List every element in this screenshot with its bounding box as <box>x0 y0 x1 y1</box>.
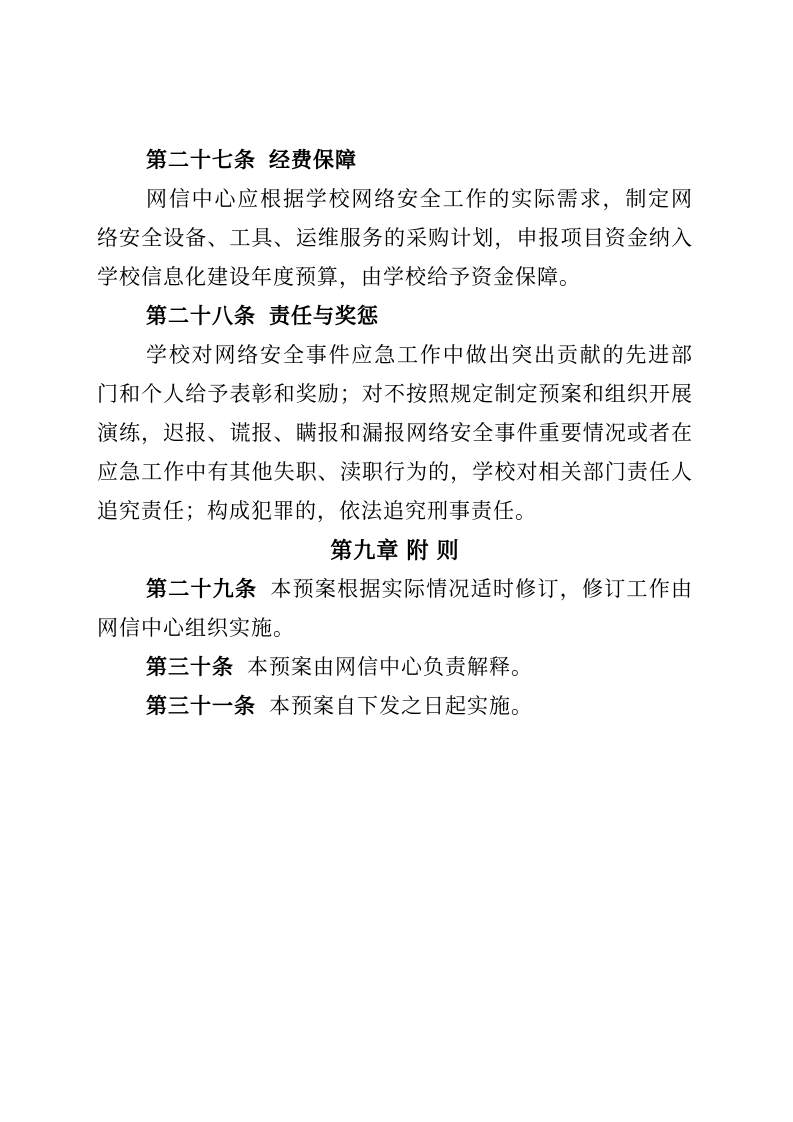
article-29-paragraph: 第二十九条本预案根据实际情况适时修订，修订工作由网信中心组织实施。 <box>97 570 693 648</box>
article-27-body: 网信中心应根据学校网络安全工作的实际需求，制定网络安全设备、工具、运维服务的采购… <box>97 180 693 297</box>
article-31-body: 本预案自下发之日起实施。 <box>269 694 533 718</box>
article-30-paragraph: 第三十条本预案由网信中心负责解释。 <box>97 648 693 687</box>
article-27-number: 第二十七条 <box>146 148 256 172</box>
article-30-body: 本预案由网信中心负责解释。 <box>247 655 533 679</box>
article-27-heading: 第二十七条经费保障 <box>97 141 693 180</box>
article-28-heading: 第二十八条责任与奖惩 <box>97 297 693 336</box>
chapter-9-heading: 第九章 附 则 <box>97 531 693 570</box>
article-28-number: 第二十八条 <box>146 304 256 328</box>
article-28-title: 责任与奖惩 <box>269 304 379 328</box>
document-content: 第二十七条经费保障 网信中心应根据学校网络安全工作的实际需求，制定网络安全设备、… <box>97 141 693 726</box>
article-31-paragraph: 第三十一条本预案自下发之日起实施。 <box>97 687 693 726</box>
article-30-number: 第三十条 <box>146 655 234 679</box>
document-page: 第二十七条经费保障 网信中心应根据学校网络安全工作的实际需求，制定网络安全设备、… <box>0 0 793 1122</box>
article-29-number: 第二十九条 <box>146 577 257 601</box>
article-28-body: 学校对网络安全事件应急工作中做出突出贡献的先进部门和个人给予表彰和奖励；对不按照… <box>97 336 693 531</box>
article-27-title: 经费保障 <box>269 148 357 172</box>
article-31-number: 第三十一条 <box>146 694 256 718</box>
